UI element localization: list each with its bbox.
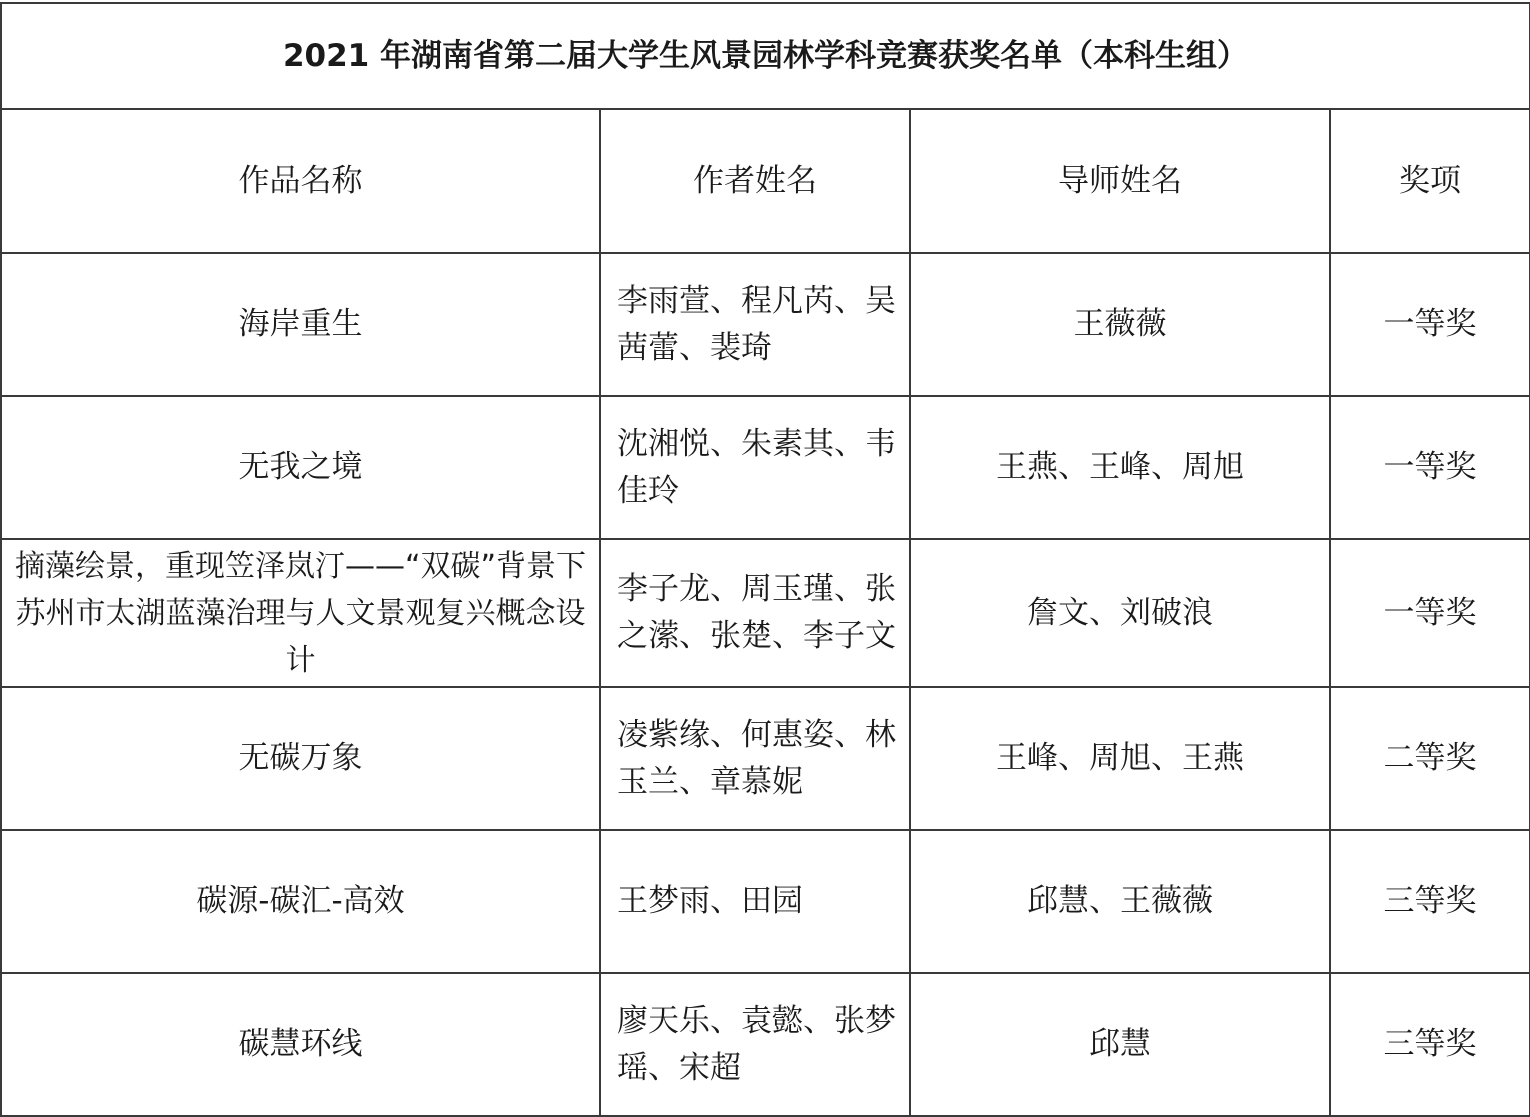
column-header-work: 作品名称 (1, 109, 600, 253)
table-row: 海岸重生 李雨萱、程凡芮、吴茜蕾、裴琦 王薇薇 一等奖 (1, 253, 1530, 396)
advisor-names: 王燕、王峰、周旭 (910, 396, 1330, 539)
table-row: 无碳万象 凌紫缘、何惠姿、林玉兰、章慕妮 王峰、周旭、王燕 二等奖 (1, 687, 1530, 830)
author-names: 王梦雨、田园 (600, 830, 910, 973)
work-title: 海岸重生 (1, 253, 600, 396)
table-row: 摘藻绘景，重现笠泽岚汀——“双碳”背景下苏州市太湖蓝藻治理与人文景观复兴概念设计… (1, 539, 1530, 687)
award-level: 一等奖 (1330, 253, 1530, 396)
author-names: 廖天乐、袁懿、张梦瑶、宋超 (600, 973, 910, 1116)
author-names: 李雨萱、程凡芮、吴茜蕾、裴琦 (600, 253, 910, 396)
advisor-names: 王峰、周旭、王燕 (910, 687, 1330, 830)
advisor-names: 邱慧 (910, 973, 1330, 1116)
work-title: 碳源-碳汇-高效 (1, 830, 600, 973)
author-names: 李子龙、周玉瑾、张之潆、张楚、李子文 (600, 539, 910, 687)
table-title: 2021 年湖南省第二届大学生风景园林学科竞赛获奖名单（本科生组） (1, 3, 1530, 109)
header-row: 作品名称 作者姓名 导师姓名 奖项 (1, 109, 1530, 253)
award-level: 一等奖 (1330, 396, 1530, 539)
author-names: 凌紫缘、何惠姿、林玉兰、章慕妮 (600, 687, 910, 830)
work-title: 无碳万象 (1, 687, 600, 830)
table-row: 碳慧环线 廖天乐、袁懿、张梦瑶、宋超 邱慧 三等奖 (1, 973, 1530, 1116)
column-header-authors: 作者姓名 (600, 109, 910, 253)
award-table: 2021 年湖南省第二届大学生风景园林学科竞赛获奖名单（本科生组） 作品名称 作… (0, 2, 1530, 1117)
work-title: 碳慧环线 (1, 973, 600, 1116)
column-header-advisors: 导师姓名 (910, 109, 1330, 253)
table-row: 碳源-碳汇-高效 王梦雨、田园 邱慧、王薇薇 三等奖 (1, 830, 1530, 973)
award-level: 二等奖 (1330, 687, 1530, 830)
award-level: 三等奖 (1330, 830, 1530, 973)
column-header-award: 奖项 (1330, 109, 1530, 253)
award-list-document: 2021 年湖南省第二届大学生风景园林学科竞赛获奖名单（本科生组） 作品名称 作… (0, 0, 1530, 1117)
award-level: 一等奖 (1330, 539, 1530, 687)
author-names: 沈湘悦、朱素其、韦佳玲 (600, 396, 910, 539)
work-title: 摘藻绘景，重现笠泽岚汀——“双碳”背景下苏州市太湖蓝藻治理与人文景观复兴概念设计 (1, 539, 600, 687)
award-level: 三等奖 (1330, 973, 1530, 1116)
advisor-names: 王薇薇 (910, 253, 1330, 396)
work-title: 无我之境 (1, 396, 600, 539)
advisor-names: 詹文、刘破浪 (910, 539, 1330, 687)
advisor-names: 邱慧、王薇薇 (910, 830, 1330, 973)
table-row: 无我之境 沈湘悦、朱素其、韦佳玲 王燕、王峰、周旭 一等奖 (1, 396, 1530, 539)
title-row: 2021 年湖南省第二届大学生风景园林学科竞赛获奖名单（本科生组） (1, 3, 1530, 109)
